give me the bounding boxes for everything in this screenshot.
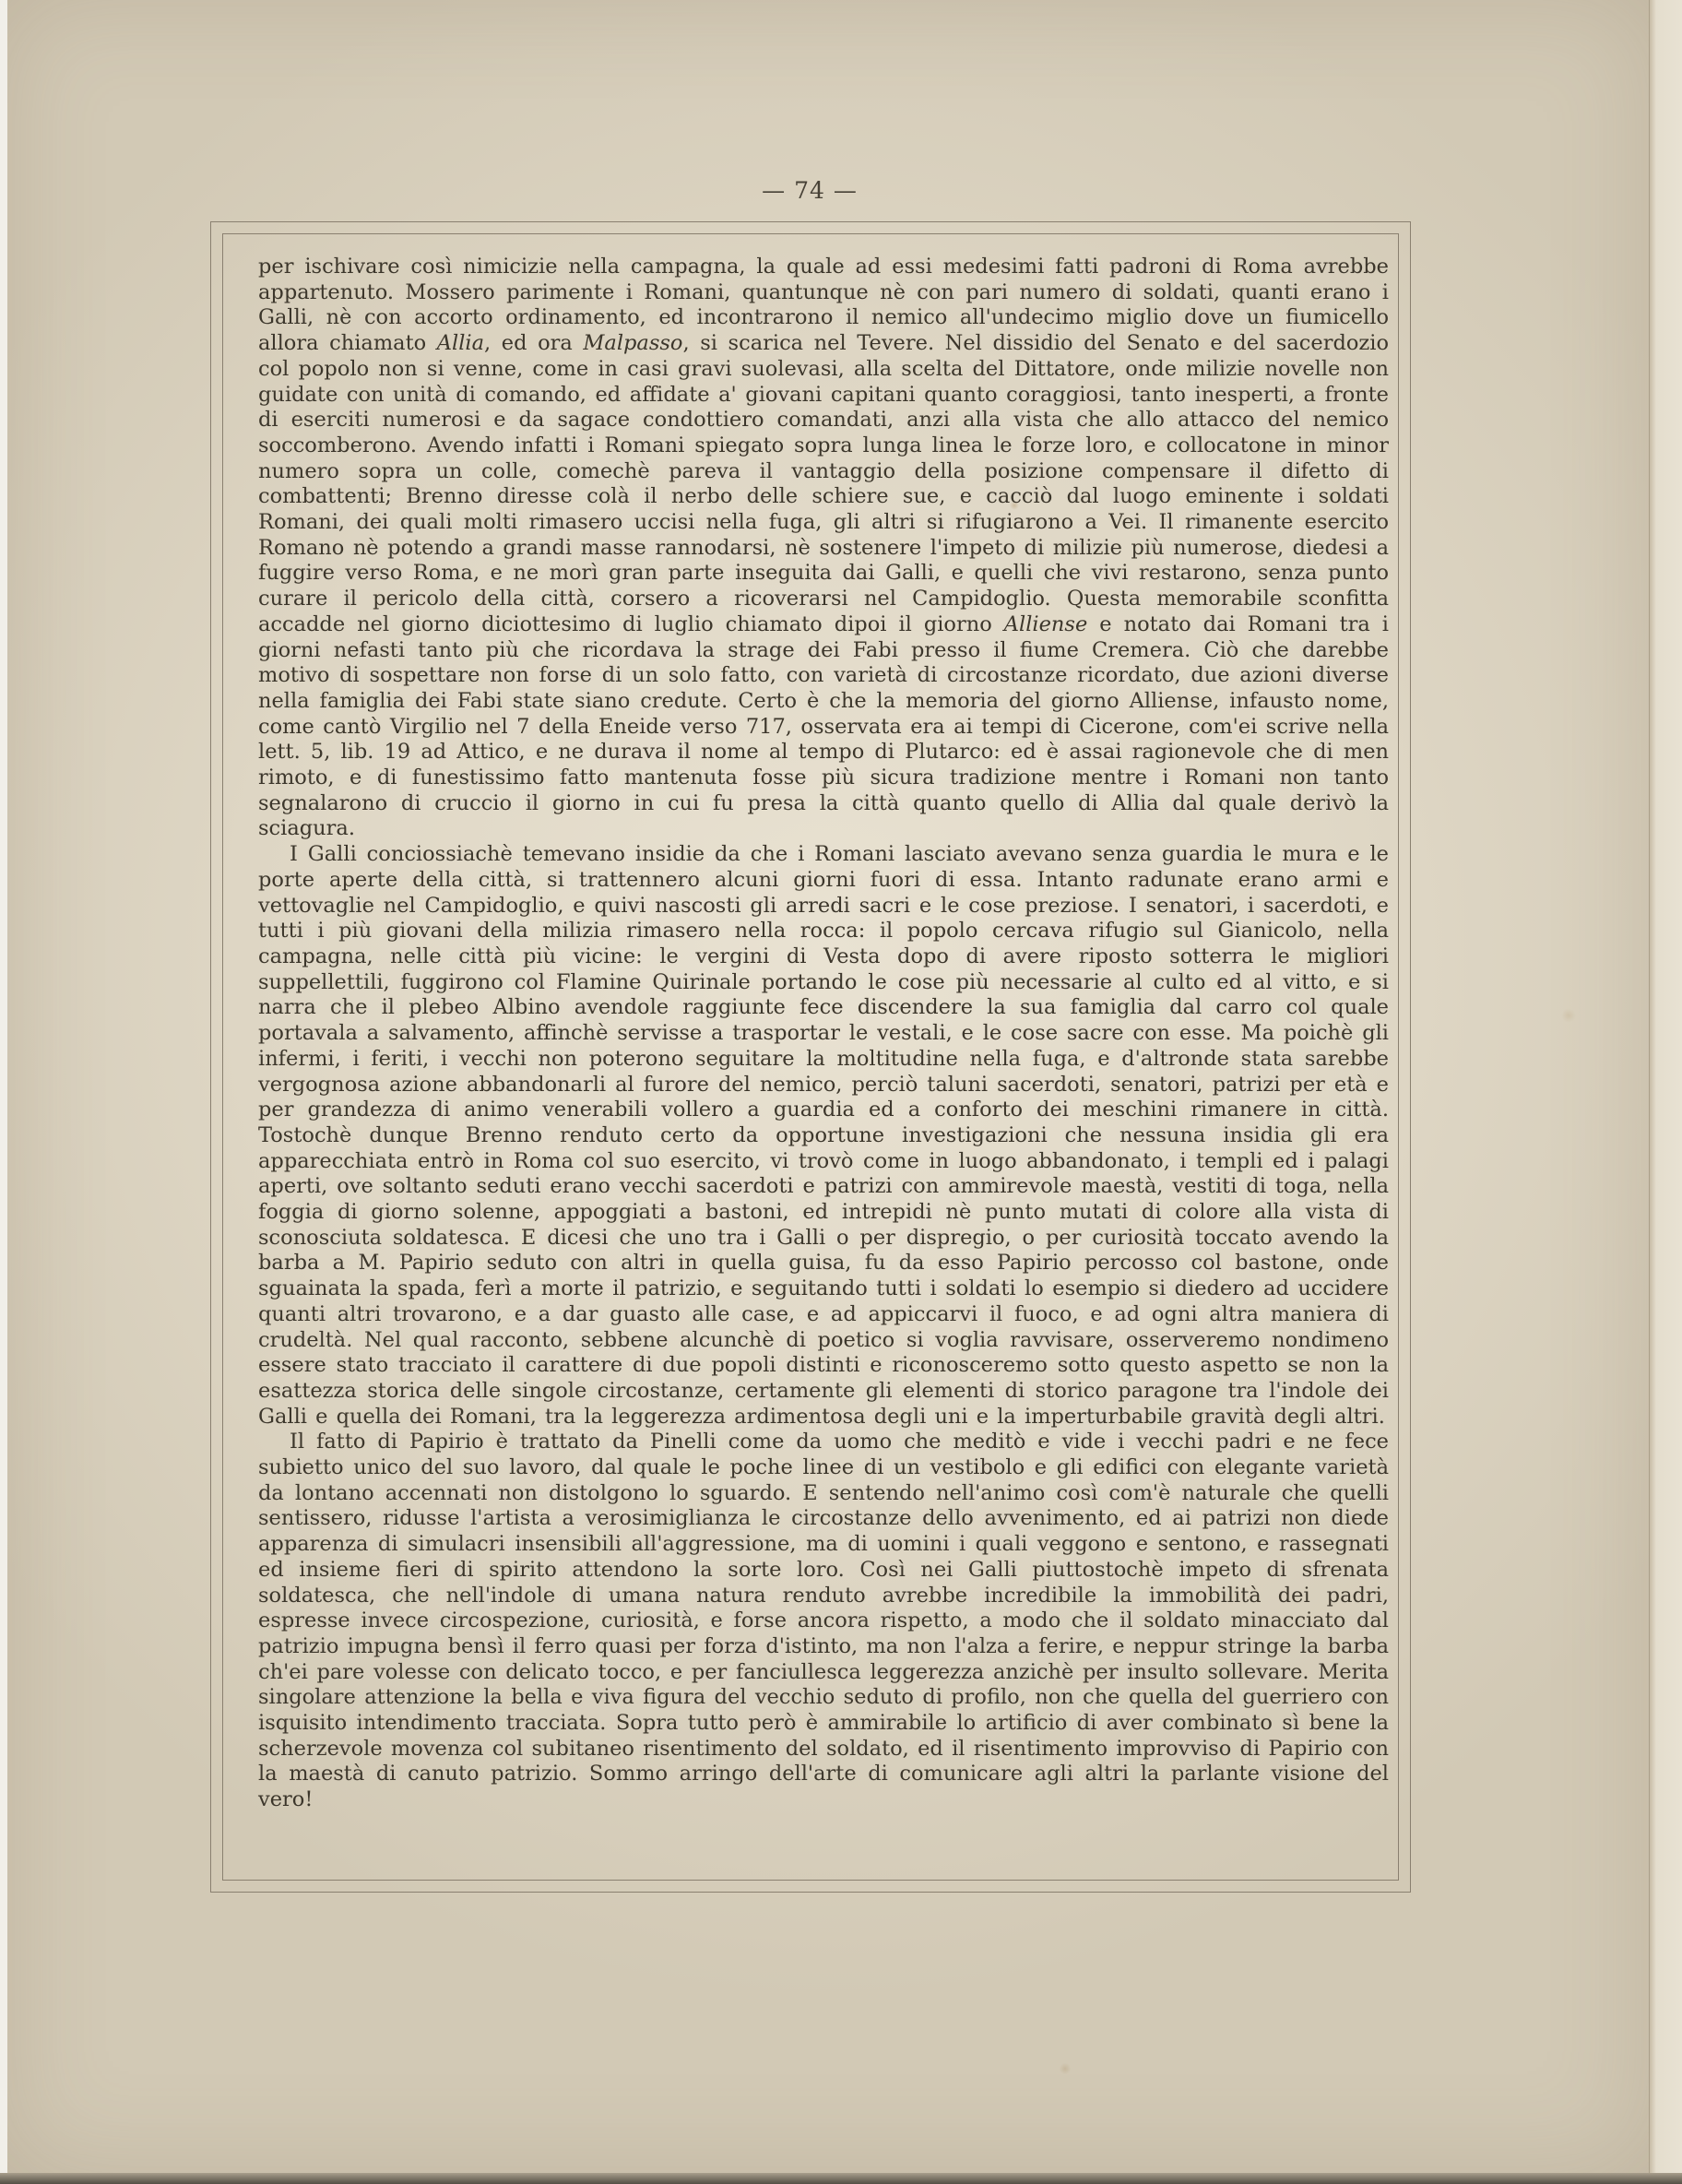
page-number: — 74 — <box>210 177 1409 204</box>
body-text: per ischivare così nimicizie nella campa… <box>258 255 1389 1813</box>
page-fore-edge <box>1649 0 1682 2173</box>
scan-bottom-edge <box>0 2173 1682 2184</box>
paragraph-continuation: per ischivare così nimicizie nella campa… <box>258 255 1389 842</box>
scanned-book-page: — 74 — per ischivare così nimicizie nell… <box>0 0 1682 2184</box>
paragraph-galli: I Galli conciossiachè temevano insidie d… <box>258 842 1389 1430</box>
paragraph-papirio: Il fatto di Papirio è trattato da Pinell… <box>258 1430 1389 1813</box>
